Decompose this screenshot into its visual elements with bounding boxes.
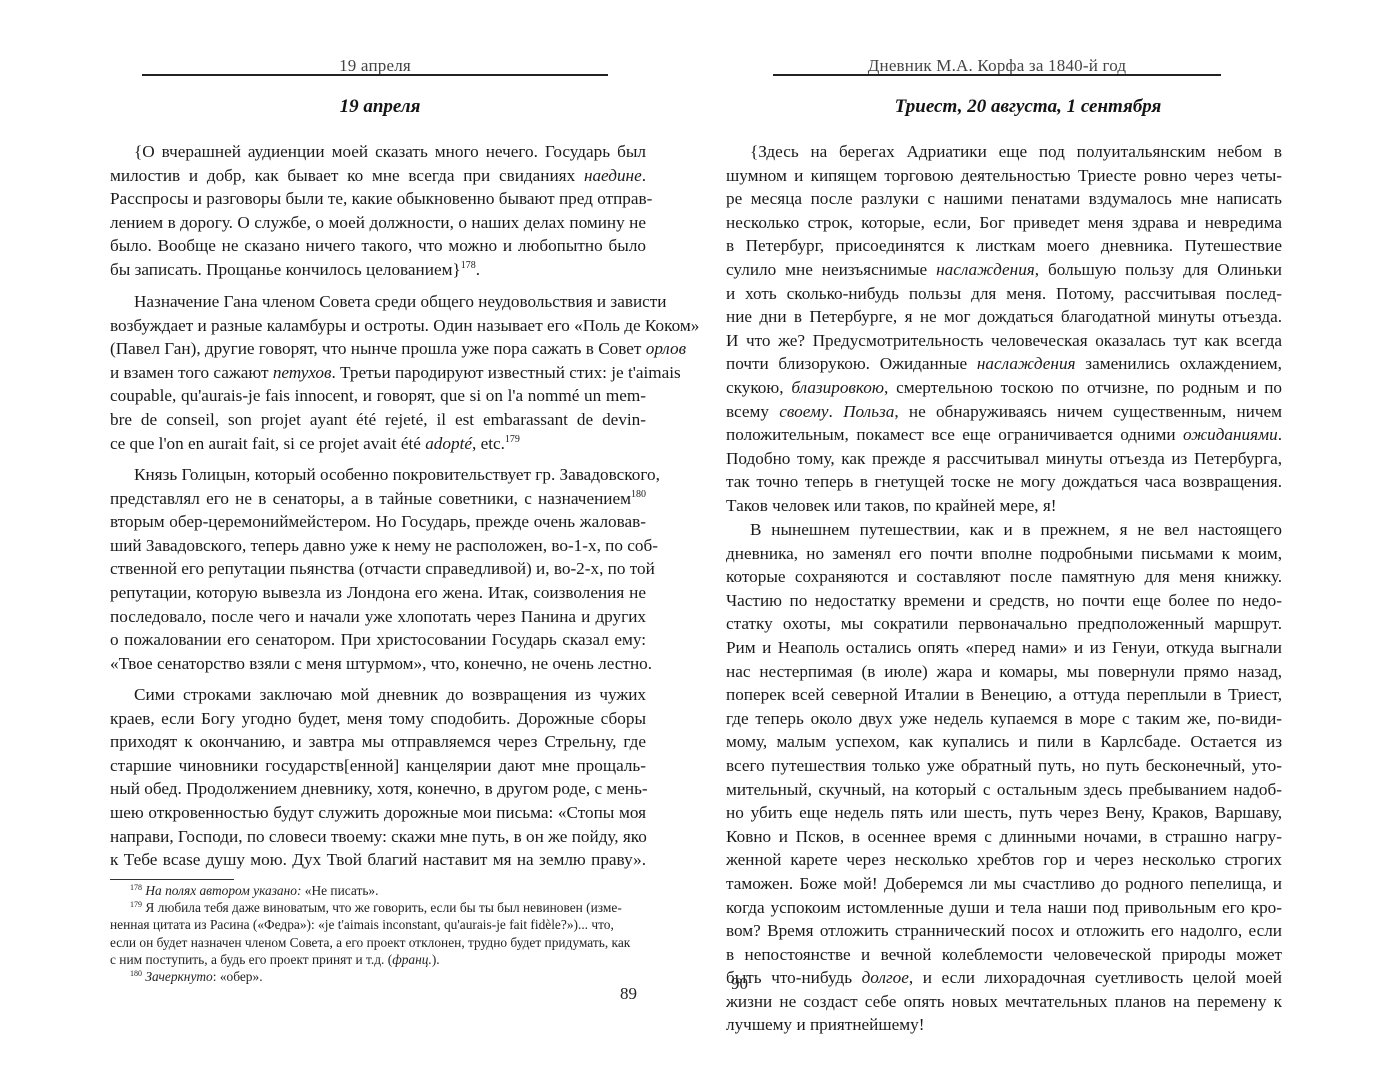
emphasis: блазировкою: [791, 378, 884, 397]
text-line: И что же? Предусмотрительность человечес…: [726, 329, 1282, 353]
page-number: 89: [620, 984, 637, 1004]
emphasis: орлов: [646, 339, 686, 358]
text-line: быть что-нибудь долгое, и если лихорадоч…: [726, 966, 1282, 990]
text-line: последовало, после чего и начали уже хло…: [110, 605, 646, 629]
footnote-ref[interactable]: 180: [631, 489, 646, 500]
text-line: милостив и добр, как бывает ко мне всегд…: [110, 164, 646, 188]
text-line: мительный, скучный, на который с остальн…: [726, 778, 1282, 802]
text-line: когда успокоим истомленные души и тела н…: [726, 896, 1282, 920]
text-line: краев, если Богу угодно будет, меня тому…: [110, 707, 646, 731]
text-line: Таков человек или таков, по крайней мере…: [726, 494, 1282, 518]
text-line: ный обед. Продолжением дневнику, хотя, к…: [110, 777, 646, 801]
footnote-178: 178 На полях автором указано: «Не писать…: [110, 882, 646, 899]
text-line: coupable, qu'aurais-je fais innocent, и …: [110, 384, 646, 408]
text-line: сулило мне неизъяснимые наслаждения, бол…: [726, 258, 1282, 282]
text-line: Князь Голицын, который особенно покровит…: [110, 463, 646, 487]
text-line: к Тебе вcase душу мою. Дух Твой благий н…: [110, 848, 646, 872]
paragraph-trieste: {Здесь на берегах Адриатики еще под полу…: [726, 140, 1282, 518]
text-line: Сими строками заключаю мой дневник до во…: [110, 683, 646, 707]
text-line: жизни не создаст себе опять новых мечтат…: [726, 990, 1282, 1014]
footnote-179-line: ненная цитата из Расина («Федра»): «je t…: [110, 916, 646, 933]
text-line: вторым обер-церемониймейстером. Но Госуд…: [110, 510, 646, 534]
text-line: вом? Время отложить страннический посох …: [726, 919, 1282, 943]
text-line: всему своему. Польза, не обнаруживаясь н…: [726, 400, 1282, 424]
chapter-title: Триест, 20 августа, 1 сентября: [733, 96, 1323, 118]
text-line: лучшему и приятнейшему!: [726, 1013, 1282, 1037]
text-line: и хоть сколько-нибудь пользы для меня. П…: [726, 282, 1282, 306]
page-number: 90: [731, 974, 748, 994]
text-line: которые сохраняются и составляют после п…: [726, 565, 1282, 589]
text-line: в непостоянстве и вечной колеблемости че…: [726, 943, 1282, 967]
text-line: мому, малым успехом, как купались и пили…: [726, 730, 1282, 754]
text-line: где теперь около двух уже недель купаемс…: [726, 707, 1282, 731]
text-line: ственной его репутации пьянства (отчасти…: [110, 557, 646, 581]
emphasis: Польза: [843, 402, 894, 421]
text-line: нас нестерпимая (в июле) жара и комары, …: [726, 660, 1282, 684]
emphasis: наедине: [584, 166, 642, 185]
footnote-179-line: с ним поступить, а будь его проект приня…: [110, 951, 646, 968]
text-line: (Павел Ган), другие говорят, что нынче п…: [110, 337, 646, 361]
text-line: шею откровенностью будут служить дорожны…: [110, 801, 646, 825]
text-line: Ковно и Псков, в осеннее время с длинным…: [726, 825, 1282, 849]
running-head: 19 апреля: [142, 56, 608, 76]
paragraph-gan: Назначение Гана членом Совета среди обще…: [110, 290, 646, 455]
text-line: женной карете через несколько хребтов го…: [726, 848, 1282, 872]
footnote-179-line: если он будет назначен членом Совета, а …: [110, 934, 646, 951]
text-line: представлял его не в сенаторы, а в тайны…: [110, 487, 646, 511]
paragraph-golitsyn: Князь Голицын, который особенно покровит…: [110, 463, 646, 675]
emphasis: adopté: [425, 434, 472, 453]
text-line: ре месяца после разлуки с нашими пенатам…: [726, 187, 1282, 211]
paragraph-closing: Сими строками заключаю мой дневник до во…: [110, 683, 646, 872]
text-line: дневника, но заменял его почти вполне по…: [726, 542, 1282, 566]
text-line: В нынешнем путешествии, как и в прежнем,…: [726, 518, 1282, 542]
text-line: {Здесь на берегах Адриатики еще под полу…: [726, 140, 1282, 164]
text-line: ce que l'on en aurait fait, si ce projet…: [110, 432, 646, 456]
text-line: Расспросы и разговоры были те, какие обы…: [110, 187, 646, 211]
text-line: почти близорукою. Ожиданные наслаждения …: [726, 352, 1282, 376]
text-line: Назначение Гана членом Совета среди обще…: [110, 290, 646, 314]
text-line: Подобно тому, как прежде я рассчитывал м…: [726, 447, 1282, 471]
text-line: таможен. Боже мой! Доберемся ли мы счаст…: [726, 872, 1282, 896]
text-line: но убить еще недель пять или шесть, путь…: [726, 801, 1282, 825]
chapter-title: 19 апреля: [110, 96, 650, 118]
text-line: всего путешествия только уже обратный пу…: [726, 754, 1282, 778]
right-page: Дневник М.А. Корфа за 1840-й год Триест,…: [693, 0, 1386, 1080]
text-line: Рим и Неаполь остались опять «перед нами…: [726, 636, 1282, 660]
paragraph-journey: В нынешнем путешествии, как и в прежнем,…: [726, 518, 1282, 1037]
header-rule: [142, 74, 608, 76]
left-page: 19 апреля 19 апреля {О вчерашней аудиенц…: [0, 0, 693, 1080]
text-line: репутации, которую вывезла из Лондона ег…: [110, 581, 646, 605]
text-line: в Петербург, присоединятся к листкам мое…: [726, 234, 1282, 258]
paragraph-audience: {О вчерашней аудиенции моей сказать мног…: [110, 140, 646, 282]
text-line: шумном и кипящем торговою деятельностью …: [726, 164, 1282, 188]
text-line: «Твое сенаторство взяли с меня штурмом»,…: [110, 652, 646, 676]
text-line: и взамен того сажают петухов. Третьи пар…: [110, 361, 646, 385]
text-line: ние дни в Петербурге, я не мог дождаться…: [726, 305, 1282, 329]
footnote-180: 180 Зачеркнуто: «обер».: [110, 968, 646, 985]
text-line: {О вчерашней аудиенции моей сказать мног…: [110, 140, 646, 164]
text-line: о пожаловании его сенатором. При христос…: [110, 628, 646, 652]
footnote-ref[interactable]: 178: [461, 260, 476, 271]
footnote-separator: [110, 879, 234, 880]
running-head: Дневник М.А. Корфа за 1840-й год: [777, 56, 1217, 76]
text-line: статку охоты, мы сократили первоначально…: [726, 612, 1282, 636]
text-line: бы записать. Прощанье кончилось целовани…: [110, 258, 646, 282]
header-rule: [773, 74, 1221, 76]
text-line: ший Завадовского, теперь давно уже к нем…: [110, 534, 646, 558]
emphasis: долгое: [862, 968, 909, 987]
emphasis: наслаждения: [977, 354, 1076, 373]
text-line: приходят к окончанию, и завтра мы отправ…: [110, 730, 646, 754]
emphasis: ожиданиями: [1183, 425, 1278, 444]
text-line: bre de conseil, son projet ayant été rej…: [110, 408, 646, 432]
text-line: скукою, блазировкою, смертельною тоскою …: [726, 376, 1282, 400]
text-line: возбуждает и разные каламбуры и остроты.…: [110, 314, 646, 338]
text-line: несколько строк, которые, если, Бог прив…: [726, 211, 1282, 235]
text-line: так точно теперь в гнетущей тоске не мог…: [726, 470, 1282, 494]
text-line: направи, Господи, по словеси твоему: ска…: [110, 825, 646, 849]
footnote-179: 179 Я любила тебя даже виноватым, что же…: [110, 899, 646, 916]
text-line: положительным, покамест все еще ограничи…: [726, 423, 1282, 447]
emphasis: петухов: [273, 363, 332, 382]
text-line: лением в дорогу. О службе, о моей должно…: [110, 211, 646, 235]
emphasis: своему: [779, 402, 828, 421]
text-line: Частию по недостатку времени и средств, …: [726, 589, 1282, 613]
emphasis: наслаждения: [936, 260, 1035, 279]
text-line: старшие чиновники государств[енной] канц…: [110, 754, 646, 778]
footnotes: 178 На полях автором указано: «Не писать…: [110, 882, 646, 985]
text-line: поперек всей северной Италии в Венецию, …: [726, 683, 1282, 707]
text-line: было. Вообще не сказано ничего такого, ч…: [110, 234, 646, 258]
footnote-ref[interactable]: 179: [505, 434, 520, 445]
